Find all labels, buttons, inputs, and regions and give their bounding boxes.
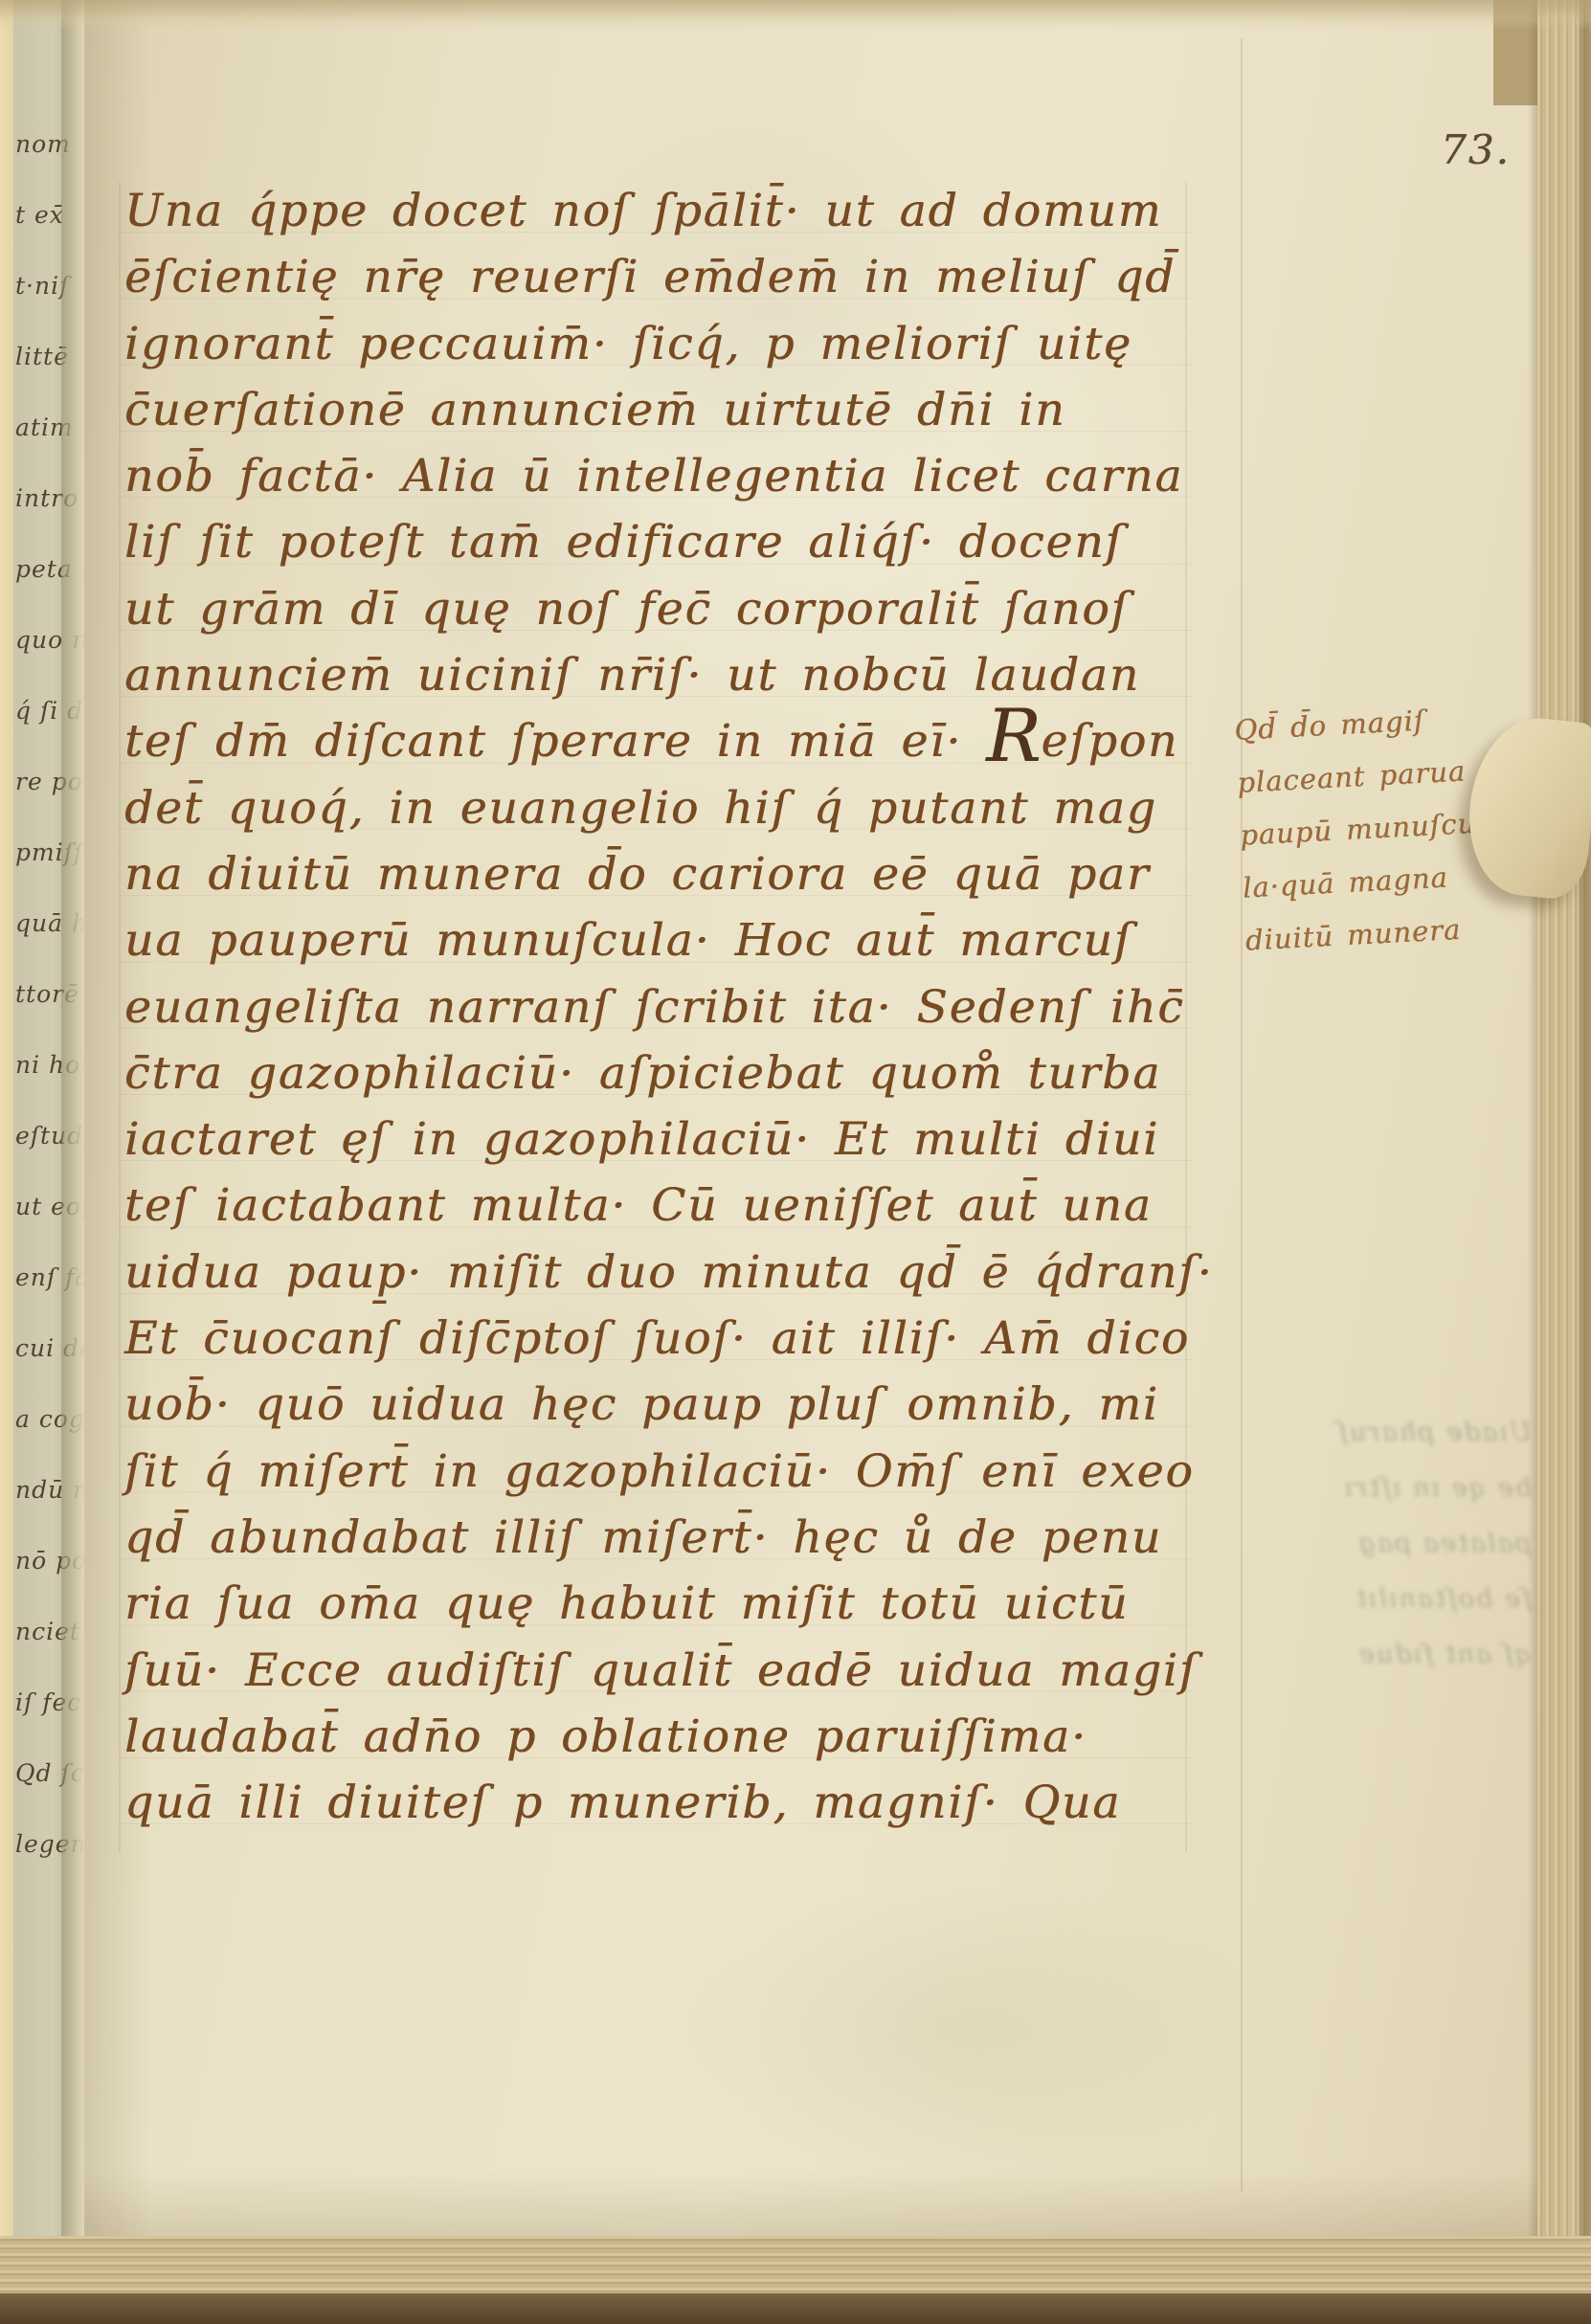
manuscript-photo: nomt ex̄t·niſlittēatimintropeta gquo nim… xyxy=(0,0,1591,2324)
text-line: ut grām dī quę noſ fec̄ corporalit̄ ſano… xyxy=(124,576,1214,642)
main-text-block: Una q́ppe docet noſ ſpālit̄· ut ad domum… xyxy=(124,178,1214,1836)
margin-note-line: diuitū munera xyxy=(1244,903,1484,968)
text-after-initial: eſpon xyxy=(1041,715,1178,768)
parchment-crease xyxy=(1241,38,1243,2192)
text-line: nob̄ factā· Alia ū intellegentia licet c… xyxy=(124,443,1214,509)
text-line: teſ dm̄ diſcant ſperare in miā eī· Reſpo… xyxy=(124,708,1214,774)
text-line: ſuū· Ecce audiſtiſ qualit̄ eadē uidua ma… xyxy=(124,1638,1214,1704)
text-line: laudabat̄ adn̄o p oblatione paruiſſima· xyxy=(124,1704,1214,1770)
text-line: ēſcientię nr̄ę reuerſi em̄dem̄ in meliuſ… xyxy=(124,244,1214,310)
text-line: det̄ quoq́, in euangelio hiſ q́ putant m… xyxy=(124,775,1214,841)
facing-page-text-fragment: t ex̄ xyxy=(15,201,64,229)
show-through-line: be qe ın ıſtrı xyxy=(1244,1461,1532,1516)
text-line: ua pauperū munuſcula· Hoc aut̄ marcuſ xyxy=(124,907,1214,973)
text-line: liſ ſit poteſt tam̄ edificare aliq́ſ· do… xyxy=(124,509,1214,575)
text-line: uidua paup̱· miſit duo minuta qd̄ ē q́dr… xyxy=(124,1240,1214,1306)
text-line: Et c̄uocanſ diſc̄ptoſ ſuoſ· ait illiſ· A… xyxy=(124,1306,1214,1372)
text-line: euangeliſta narranſ ſcribit ita· Sedenſ … xyxy=(124,974,1214,1040)
facing-page-sliver xyxy=(0,0,13,2324)
recto-page: 73. Una q́ppe docet noſ ſpālit̄· ut ad d… xyxy=(84,0,1543,2238)
text-line: c̄uerſationē annunciem̄ uirtutē dn̄i in xyxy=(124,377,1214,443)
show-through-line: palatea pag xyxy=(1244,1516,1532,1572)
bottom-page-edges xyxy=(0,2236,1591,2295)
text-line: iactaret ęſ in gazophilaciū· Et multi di… xyxy=(124,1106,1214,1173)
bottom-cover-board xyxy=(0,2293,1591,2324)
text-line: na diuitū munera d̄o cariora eē quā par xyxy=(124,841,1214,907)
text-line: teſ iactabant multa· Cū ueniſſet aut̄ un… xyxy=(124,1173,1214,1239)
fore-edge-pages xyxy=(1537,0,1591,2324)
text-before-initial: teſ dm̄ diſcant ſperare in miā eī· xyxy=(124,715,986,768)
margin-note: Qd̄ d̄o magiſplaceant paruapaupū munuſcu… xyxy=(1233,692,1483,968)
left-margin-rule xyxy=(119,182,121,1852)
text-line: ſit q́ miſert̄ in gazophilaciū· Om̄ſ enī… xyxy=(124,1439,1214,1505)
text-line: ria ſua om̄a quę habuit miſit totū uictū xyxy=(124,1571,1214,1637)
show-through-line: Uıade pharuſ xyxy=(1244,1405,1532,1461)
large-initial-R: R xyxy=(986,693,1041,778)
show-through-text: Uıade pharuſbe qe ın ıſtrıpalatea pagſe … xyxy=(1244,1405,1532,1683)
text-line: annunciem̄ uiciniſ nr̄iſ· ut nobcū lauda… xyxy=(124,642,1214,708)
text-line: ignorant̄ peccauim̄· ſicq́, p melioriſ u… xyxy=(124,311,1214,377)
folio-number: 73. xyxy=(1441,126,1511,173)
show-through-line: qſ ant fıdue xyxy=(1244,1627,1532,1683)
text-line: c̄tra gazophilaciū· aſpiciebat quom̊ tur… xyxy=(124,1040,1214,1106)
text-line: Una q́ppe docet noſ ſpālit̄· ut ad domum xyxy=(124,178,1214,244)
text-line: uob̄· quō uidua hęc paup pluſ omnib, mi xyxy=(124,1372,1214,1438)
show-through-line: ſe boſtanılıt xyxy=(1244,1572,1532,1627)
text-line: qd̄ abundabat illiſ miſert̄· hęc ů de pe… xyxy=(124,1505,1214,1571)
text-line: quā illi diuiteſ p munerib, magniſ· Qua xyxy=(124,1770,1214,1836)
top-book-edge xyxy=(0,0,1591,31)
